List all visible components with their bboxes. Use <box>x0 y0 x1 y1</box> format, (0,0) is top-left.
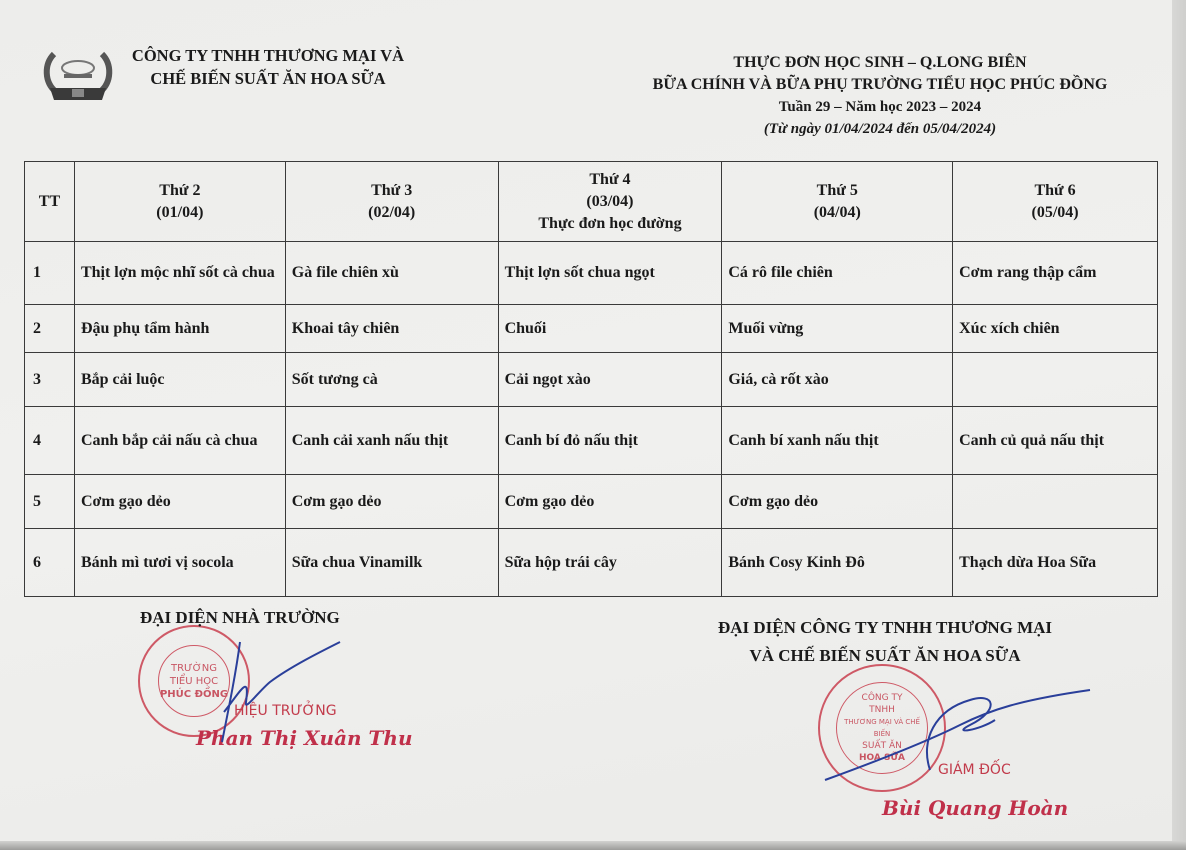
table-cell: Canh cải xanh nấu thịt <box>285 407 498 475</box>
school-representative-title: ĐẠI DIỆN NHÀ TRƯỜNG <box>140 608 340 628</box>
stamp-text: TNHH <box>869 704 895 716</box>
table-header-row: TT Thứ 2 (01/04) Thứ 3 (02/04) Thứ 4 (03… <box>25 162 1158 242</box>
table-cell: Giá, cà rốt xào <box>722 353 953 407</box>
column-header-tt: TT <box>25 162 75 242</box>
table-cell: Muối vừng <box>722 305 953 353</box>
school-role: HIỆU TRƯỞNG <box>234 703 337 719</box>
day-label: Thứ 4 <box>499 169 722 191</box>
heading-line2: BỮA CHÍNH VÀ BỮA PHỤ TRƯỜNG TIỂU HỌC PHÚ… <box>610 74 1150 96</box>
table-row: 5 Cơm gạo dẻo Cơm gạo dẻo Cơm gạo dẻo Cơ… <box>25 475 1158 529</box>
company-representative-title: ĐẠI DIỆN CÔNG TY TNHH THƯƠNG MẠI VÀ CHẾ … <box>680 614 1090 670</box>
table-cell: Cơm rang thập cẩm <box>953 242 1158 305</box>
date-label: (02/04) <box>286 202 498 224</box>
table-row: 4 Canh bắp cải nấu cà chua Canh cải xanh… <box>25 407 1158 475</box>
menu-table: TT Thứ 2 (01/04) Thứ 3 (02/04) Thứ 4 (03… <box>24 161 1158 597</box>
table-cell: Đậu phụ tẩm hành <box>74 305 285 353</box>
row-number: 4 <box>25 407 75 475</box>
stamp-text: HOA SỮA <box>859 752 905 764</box>
table-cell: Gà file chiên xù <box>285 242 498 305</box>
table-cell <box>953 475 1158 529</box>
paper-edge-bottom <box>0 841 1186 850</box>
date-label: (01/04) <box>75 202 285 224</box>
company-signer-name: Bùi Quang Hoàn <box>882 796 1068 820</box>
table-row: 6 Bánh mì tươi vị socola Sữa chua Vinami… <box>25 529 1158 597</box>
table-cell: Cải ngọt xào <box>498 353 722 407</box>
table-cell: Cá rô file chiên <box>722 242 953 305</box>
table-cell: Khoai tây chiên <box>285 305 498 353</box>
table-cell: Thịt lợn sốt chua ngọt <box>498 242 722 305</box>
table-cell: Canh bắp cải nấu cà chua <box>74 407 285 475</box>
day-label: Thứ 3 <box>286 180 498 202</box>
column-note: Thực đơn học đường <box>499 213 722 235</box>
day-label: Thứ 6 <box>953 180 1157 202</box>
company-rep-line1: ĐẠI DIỆN CÔNG TY TNHH THƯƠNG MẠI <box>680 614 1090 642</box>
stamp-text: TRƯỜNG <box>171 662 217 675</box>
table-cell: Cơm gạo dẻo <box>285 475 498 529</box>
stamp-text: PHÚC ĐỒNG <box>160 688 228 701</box>
table-row: 1 Thịt lợn mộc nhĩ sốt cà chua Gà file c… <box>25 242 1158 305</box>
date-label: (05/04) <box>953 202 1157 224</box>
table-cell: Thịt lợn mộc nhĩ sốt cà chua <box>74 242 285 305</box>
row-number: 5 <box>25 475 75 529</box>
school-signer-name: Phan Thị Xuân Thu <box>196 726 413 750</box>
laurel-wreath-logo-icon <box>40 44 116 104</box>
table-cell: Bắp cải luộc <box>74 353 285 407</box>
stamp-text: THƯƠNG MẠI VÀ CHẾ BIẾN <box>837 716 927 740</box>
table-cell: Xúc xích chiên <box>953 305 1158 353</box>
column-header-thu: Thứ 5 (04/04) <box>722 162 953 242</box>
table-cell: Canh bí đỏ nấu thịt <box>498 407 722 475</box>
table-cell: Bánh mì tươi vị socola <box>74 529 285 597</box>
company-name: CÔNG TY TNHH THƯƠNG MẠI VÀ CHẾ BIẾN SUẤT… <box>118 44 418 90</box>
stamp-text: CÔNG TY <box>862 692 903 704</box>
table-cell: Canh bí xanh nấu thịt <box>722 407 953 475</box>
row-number: 6 <box>25 529 75 597</box>
company-name-line2: CHẾ BIẾN SUẤT ĂN HOA SỮA <box>118 67 418 90</box>
table-row: 2 Đậu phụ tẩm hành Khoai tây chiên Chuối… <box>25 305 1158 353</box>
table-cell: Sữa hộp trái cây <box>498 529 722 597</box>
table-row: 3 Bắp cải luộc Sốt tương cà Cải ngọt xào… <box>25 353 1158 407</box>
column-header-tue: Thứ 3 (02/04) <box>285 162 498 242</box>
menu-heading: THỰC ĐƠN HỌC SINH – Q.LONG BIÊN BỮA CHÍN… <box>610 52 1150 140</box>
table-cell <box>953 353 1158 407</box>
date-label: (04/04) <box>722 202 952 224</box>
heading-date-range: (Từ ngày 01/04/2024 đến 05/04/2024) <box>610 118 1150 140</box>
table-cell: Bánh Cosy Kinh Đô <box>722 529 953 597</box>
paper-edge-right <box>1172 0 1186 850</box>
company-name-line1: CÔNG TY TNHH THƯƠNG MẠI VÀ <box>118 44 418 67</box>
row-number: 3 <box>25 353 75 407</box>
column-header-wed: Thứ 4 (03/04) Thực đơn học đường <box>498 162 722 242</box>
table-cell: Canh củ quả nấu thịt <box>953 407 1158 475</box>
table-cell: Thạch dừa Hoa Sữa <box>953 529 1158 597</box>
company-role: GIÁM ĐỐC <box>938 762 1011 778</box>
heading-line1: THỰC ĐƠN HỌC SINH – Q.LONG BIÊN <box>610 52 1150 74</box>
table-cell: Cơm gạo dẻo <box>722 475 953 529</box>
day-label: Thứ 2 <box>75 180 285 202</box>
stamp-text: SUẤT ĂN <box>862 740 902 752</box>
table-cell: Sữa chua Vinamilk <box>285 529 498 597</box>
company-stamp: CÔNG TY TNHH THƯƠNG MẠI VÀ CHẾ BIẾN SUẤT… <box>818 664 946 792</box>
stamp-text: TIỂU HỌC <box>170 675 218 688</box>
school-stamp: TRƯỜNG TIỂU HỌC PHÚC ĐỒNG <box>138 625 250 737</box>
table-cell: Cơm gạo dẻo <box>74 475 285 529</box>
row-number: 2 <box>25 305 75 353</box>
table-cell: Cơm gạo dẻo <box>498 475 722 529</box>
heading-week: Tuần 29 – Năm học 2023 – 2024 <box>610 96 1150 118</box>
row-number: 1 <box>25 242 75 305</box>
day-label: Thứ 5 <box>722 180 952 202</box>
date-label: (03/04) <box>499 191 722 213</box>
column-header-mon: Thứ 2 (01/04) <box>74 162 285 242</box>
table-cell: Sốt tương cà <box>285 353 498 407</box>
table-cell: Chuối <box>498 305 722 353</box>
column-header-fri: Thứ 6 (05/04) <box>953 162 1158 242</box>
